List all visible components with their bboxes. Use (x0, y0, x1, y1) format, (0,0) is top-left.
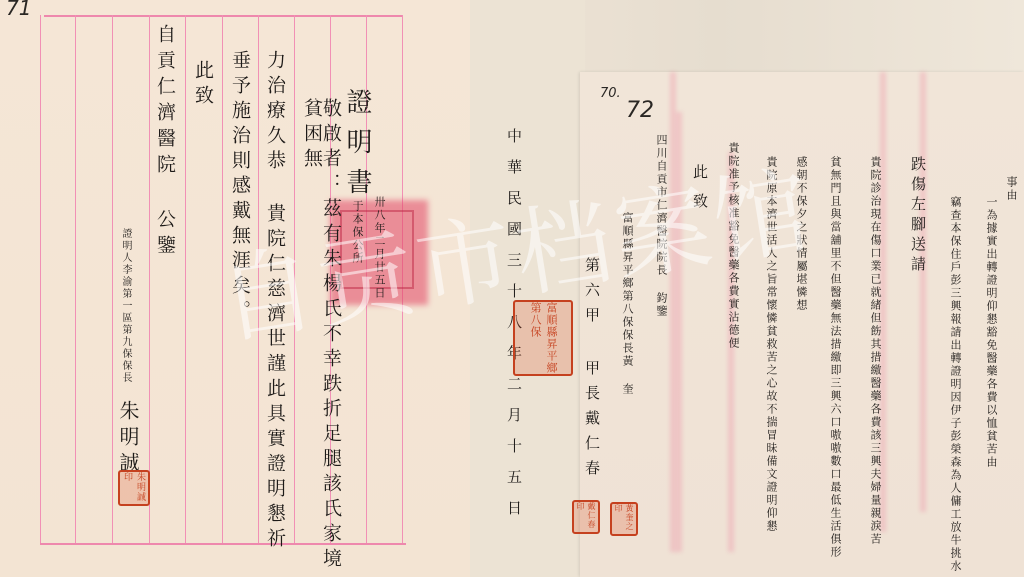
grid-rule (258, 15, 259, 545)
body-column: 一為據實出轉證明仰懇豁免醫藥各費以恤貧苦由 (986, 196, 997, 469)
seal-dai-renchun: 戴仁春印 (572, 500, 600, 534)
recipient: 自貢仁濟醫院 公鑒 (155, 24, 174, 261)
closing-phrase: 此致 (193, 60, 212, 110)
seal-huang-kui: 黃奎之印 (610, 502, 638, 536)
letter-sheet: 70. 72 事由 一為據實出轉證明仰懇豁免醫藥各費以恤貧苦由 竊查本保住戶彭三… (580, 72, 1024, 577)
body-column: 貴院准予核准豁免醫藥各費實沾德便 (728, 142, 739, 350)
grid-rule (112, 15, 113, 545)
frame-bottom-border (40, 543, 406, 545)
body-column: 垂予施治則感戴無涯矣。 (230, 50, 249, 325)
date-note-location: 于本保公所 (352, 200, 363, 265)
body-column: 貧無門且與當舖里不但醫藥無法措繳即三興六口嗷嗷數口最低生活俱形 (830, 156, 841, 559)
faint-rule (676, 112, 682, 552)
signature-line: 證明人李渝第一區第九保保長 (120, 228, 130, 384)
official-seal: 富順縣昇平鄉第八保 (513, 300, 573, 376)
grid-rule (40, 15, 41, 545)
date-note: 卅八年二月廿五日 (374, 196, 385, 300)
body-column: 敬啟者：茲有朱楊氏不幸跌折足腿該氏家境貧困無 (302, 98, 340, 577)
body-column: 竊查本保住戶彭三興報請出轉證明因伊子彭榮森為人傭工放牛挑水 (950, 196, 961, 573)
frame-top-border (44, 15, 402, 17)
grid-rule (149, 15, 150, 545)
faint-rule (920, 72, 926, 512)
grid-rule (185, 15, 186, 545)
body-column: 力治療久恭 貴院仁慈濟世謹此具實證明懇祈 (265, 50, 284, 553)
page-mark: 71 (6, 0, 31, 20)
certificate-sheet: 71 證明書 卅八年二月廿五日 于本保公所 敬啟者：茲有朱楊氏不幸跌折足腿該氏家… (0, 0, 470, 577)
recipient: 四川自貢市仁濟醫院院長 鈞鑒 (656, 134, 667, 318)
subject-label: 事由 (1006, 176, 1017, 202)
signer-chief: 富順縣昇平鄉第八保保長黃 奎 (622, 212, 633, 396)
middle-strip: 中華民國三十八年二月十五日 富順縣昇平鄉第八保 (470, 0, 585, 577)
grid-rule (75, 15, 76, 545)
signer-jia-chief: 第六甲 甲長戴仁春 (584, 257, 599, 485)
grid-rule (294, 15, 295, 545)
body-column: 感朝不保夕之狀情屬堪憐想 (796, 156, 807, 312)
body-column: 貴院診治現在傷口業已就緒但飭其措繳醫藥各費該三興夫婦量親淚苦 (870, 156, 881, 546)
body-column: 跌傷左腳送請 (910, 156, 925, 276)
personal-seal: 朱明誠印 (118, 470, 150, 506)
closing-phrase: 此致 (692, 164, 707, 222)
faint-rule (670, 72, 676, 552)
body-column: 貴院原本濟世活人之旨常懷憐貧救苦之心故不揣冒昧備文證明仰懇 (766, 156, 777, 533)
grid-rule (222, 15, 223, 545)
document-title: 證明書 (344, 88, 370, 208)
page-mark-small: 70. (600, 86, 621, 101)
signer-name: 朱明誠 (118, 400, 138, 478)
page-mark: 72 (626, 98, 654, 123)
